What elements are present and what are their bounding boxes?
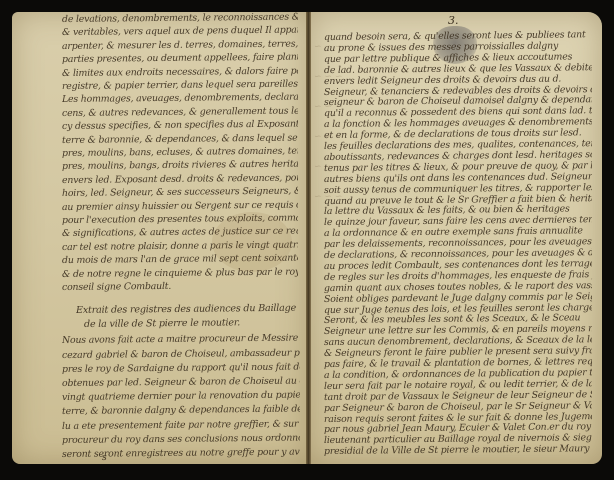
ink-bleed-through: ~ ~ ~ <box>314 132 342 142</box>
ink-bleed-through: ~ ~ ~ <box>314 42 342 52</box>
ink-bleed-through: ~ ~ ~ <box>314 162 342 172</box>
manuscript-line: hoirs, led. Seigneur, & ses successeurs … <box>62 186 298 199</box>
manuscript-line: cezard gabriel & baron de Choiseul, amba… <box>62 347 300 360</box>
manuscript-line: conseil signe Combault. <box>62 280 298 293</box>
manuscript-line: Nous avons fait acte a maitre procureur … <box>62 333 300 346</box>
manuscript-line: pres, moulins, bangs, droits rivieres & … <box>62 159 298 172</box>
manuscript-line: au premier ainsy huissier ou Sergent sur… <box>62 199 298 212</box>
manuscript-line: pres le roy de Sardaigne du rapport qu'i… <box>62 361 300 374</box>
manuscript-line: terre & baronnie, & dependances, & dans … <box>62 132 298 145</box>
manuscript-line: vingt quatrieme dernier pour la renovati… <box>62 390 300 403</box>
footer-mark: s <box>102 452 107 463</box>
manuscript-line: presidial de la Ville de St pierre le mo… <box>324 443 592 457</box>
manuscript-line: pres, moulins, bans, ecluses, & autres d… <box>62 146 298 159</box>
manuscript-line: lu a ete presentement faite par notre gr… <box>62 418 300 431</box>
manuscript-line: envers led. Exposant desd. droits & rede… <box>62 172 298 185</box>
manuscript-line: de levations, denombrements, le reconnoi… <box>62 12 298 25</box>
ink-bleed-through: ~ ~ ~ <box>314 102 342 112</box>
left-page: de levations, denombrements, le reconnoi… <box>12 12 308 464</box>
manuscript-line: Extrait des registres des audiences du B… <box>76 303 296 316</box>
manuscript-line: & limites aux endroits necessaires, & da… <box>62 65 298 78</box>
manuscript-line: Les hommages, aveuages, denombrements, d… <box>62 92 298 105</box>
paper-stain <box>212 212 292 272</box>
page-number: 3. <box>448 14 459 27</box>
manuscript-line: procureur du roy dans ses conclusions no… <box>62 432 300 445</box>
ink-bleed-through: ~ ~ ~ <box>314 72 342 82</box>
manuscript-line: parties presentes, ou deument appellees,… <box>62 52 298 65</box>
right-page: 3. quand besoin sera, & qu'elles seront … <box>310 12 602 464</box>
manuscript-line: & veritables, vers aquel aux de pens duq… <box>62 25 298 38</box>
manuscript-line: registre, & papier terrier, dans lequel … <box>62 79 298 92</box>
manuscript-line: arpenter, & mesurer les d. terres, domai… <box>62 38 298 51</box>
ink-bleed-through: ~ ~ ~ <box>314 192 342 202</box>
manuscript-line: terre, & baronnie dalgny & dependances l… <box>62 404 300 417</box>
manuscript-line: obtenues par led. Seigneur & baron de Ch… <box>62 376 300 389</box>
manuscript-line: cy dessus specifies, & non specifies dus… <box>62 119 298 132</box>
binding-gutter <box>306 12 311 464</box>
manuscript-line: de la ville de St pierre le moutier. <box>84 317 304 330</box>
manuscript-line: seront seront enregistrees au notre gref… <box>62 447 300 460</box>
manuscript-line: cens, & autres redevances, & generalleme… <box>62 105 298 118</box>
